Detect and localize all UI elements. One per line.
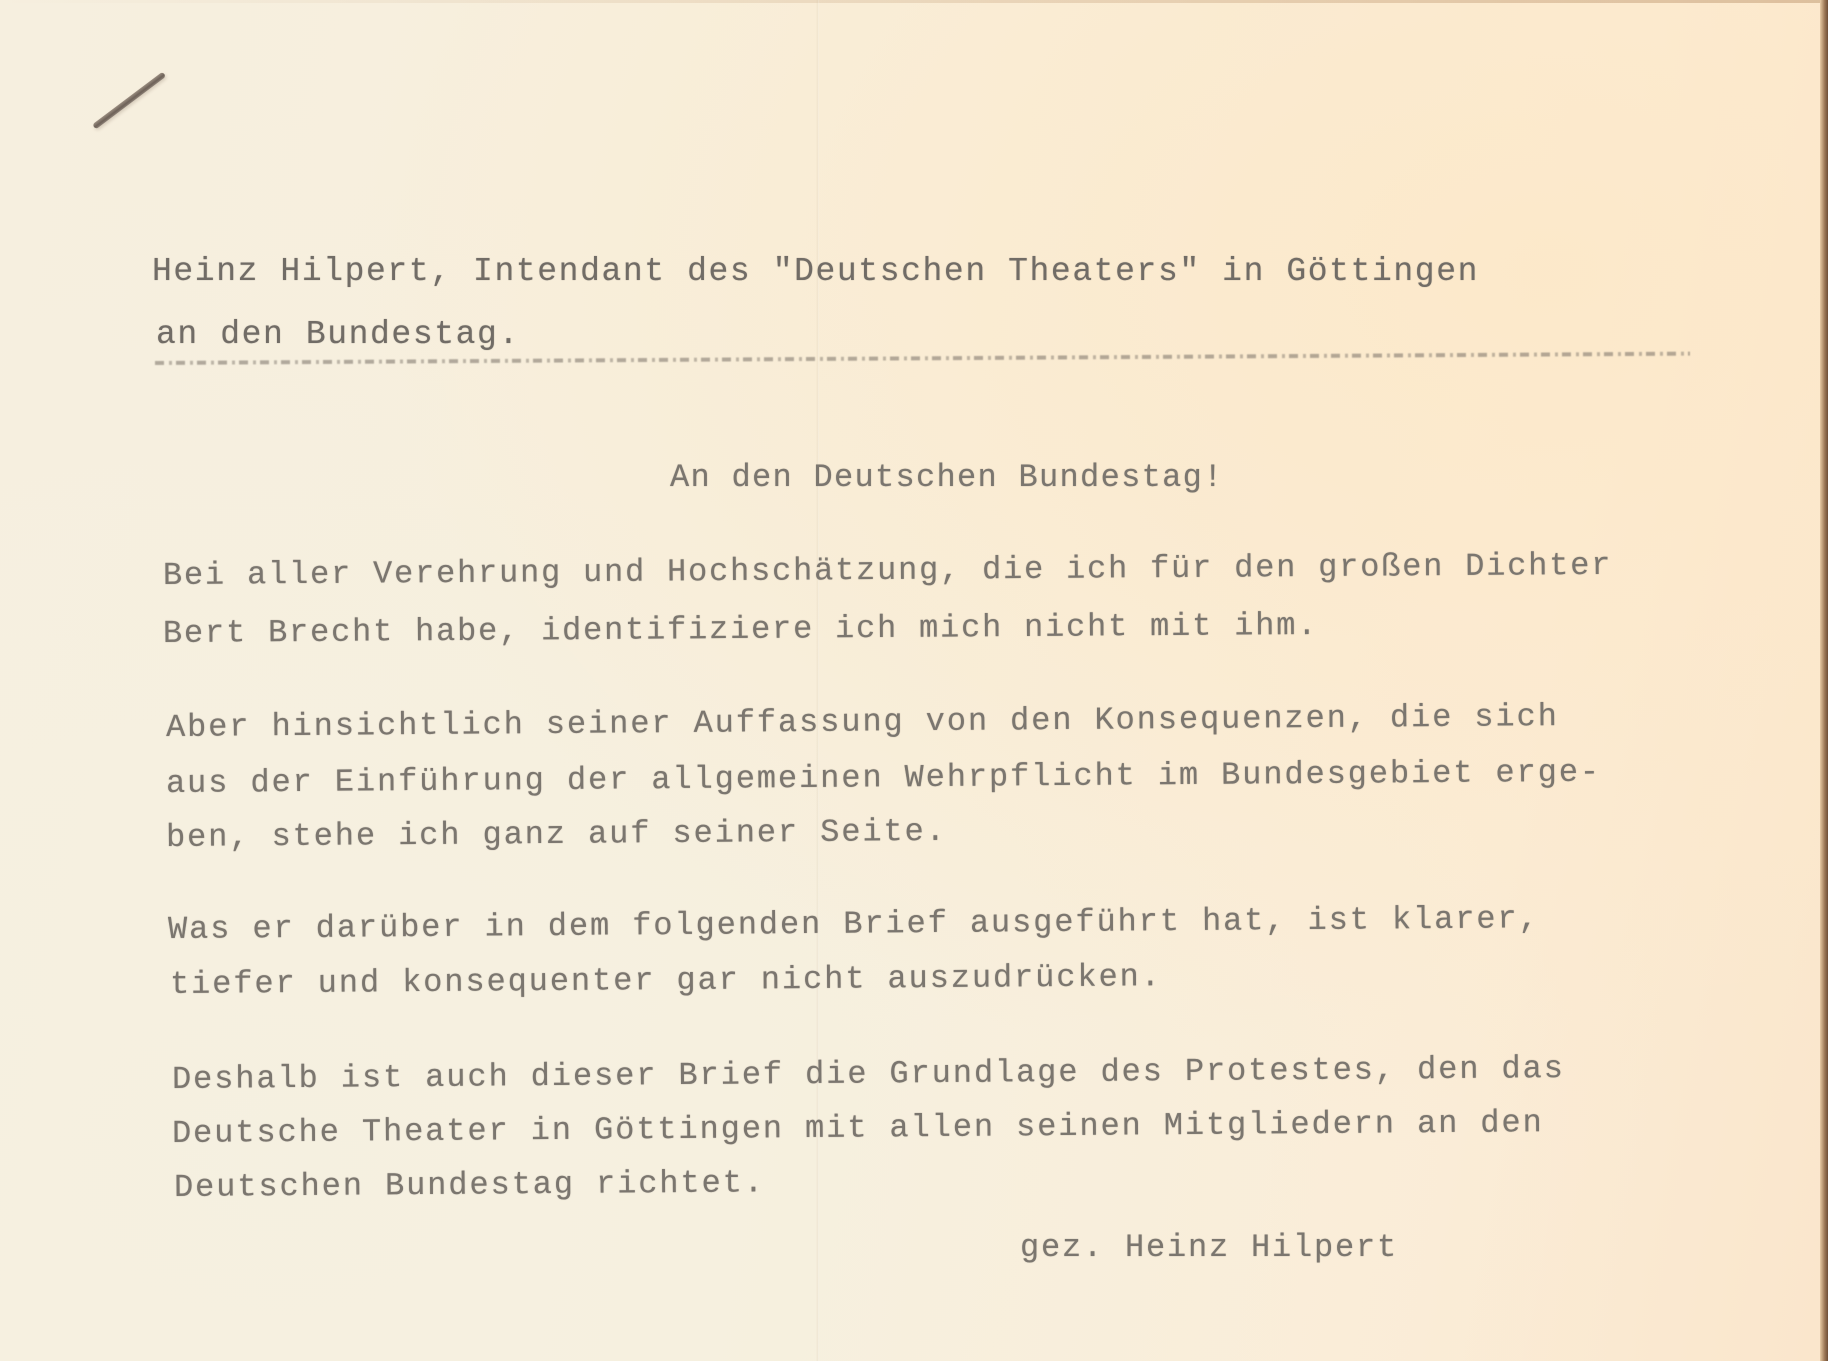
paragraph-3-line-1: Was er darüber in dem folgenden Brief au… (168, 903, 1540, 946)
paragraph-2-line-2: aus der Einführung der allgemeinen Wehrp… (166, 757, 1601, 800)
header-line-1: Heinz Hilpert, Intendant des "Deutschen … (152, 255, 1479, 288)
typewritten-letter-page: Heinz Hilpert, Intendant des "Deutschen … (0, 0, 1822, 1361)
paragraph-4-line-1: Deshalb ist auch dieser Brief die Grundl… (172, 1053, 1565, 1096)
paragraph-2-line-1: Aber hinsichtlich seiner Auffassung von … (166, 701, 1559, 744)
paragraph-3-line-2: tiefer und konsequenter gar nicht auszud… (170, 961, 1162, 1001)
paragraph-2-line-3: ben, stehe ich ganz auf seiner Seite. (166, 816, 947, 854)
signature: gez. Heinz Hilpert (1020, 1232, 1398, 1264)
paragraph-4-line-3: Deutschen Bundestag richtet. (174, 1167, 765, 1204)
staple-mark-icon (92, 72, 166, 130)
header-line-2: an den Bundestag. (156, 318, 520, 351)
paragraph-1-line-2: Bert Brecht habe, identifiziere ich mich… (163, 610, 1318, 650)
paper-top-edge (0, 0, 1828, 3)
paper-fold-crease (816, 0, 819, 1361)
salutation: An den Deutschen Bundestag! (670, 462, 1224, 494)
paper-right-edge (1820, 0, 1828, 1361)
paragraph-1-line-1: Bei aller Verehrung und Hochschätzung, d… (163, 550, 1612, 592)
paragraph-4-line-2: Deutsche Theater in Göttingen mit allen … (172, 1107, 1544, 1150)
dashed-separator-line (155, 352, 1690, 365)
